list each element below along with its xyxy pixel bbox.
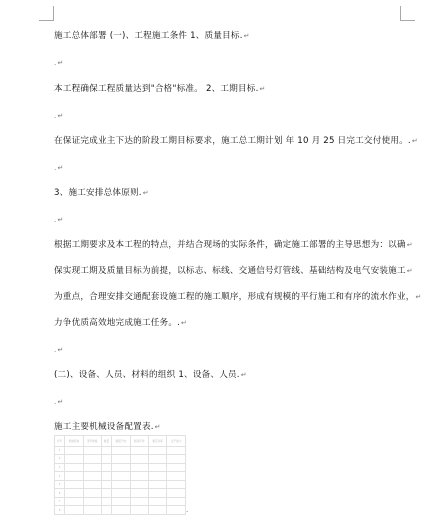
table-header-cell: 生产能力 <box>167 436 186 447</box>
paragraph-text: 力争优质高效地完成施工任务。. <box>54 318 180 328</box>
table-row: 6 <box>55 489 186 498</box>
table-cell <box>112 506 130 515</box>
table-cell <box>167 446 186 455</box>
paragraph-mark: ↵ <box>407 241 413 249</box>
table-cell <box>148 463 166 472</box>
table-cell <box>148 506 166 515</box>
table-cell <box>65 463 83 472</box>
paragraph-mark: ↵ <box>407 267 413 275</box>
table-cell <box>130 446 148 455</box>
paragraph-mark: ↵ <box>57 112 63 120</box>
table-header-cell: 机械名称 <box>65 436 83 447</box>
table-cell <box>130 455 148 464</box>
table-cell <box>112 455 130 464</box>
empty-paragraph: .↵ <box>54 397 64 408</box>
table-row: 7 <box>55 497 186 506</box>
table-cell <box>101 480 111 489</box>
paragraph-mark: ↵ <box>57 164 63 172</box>
table-cell <box>130 497 148 506</box>
paragraph-mark: ↵ <box>260 85 266 93</box>
page-corner-mark-top-left <box>39 6 54 21</box>
table-header-cell: 国别产地 <box>112 436 130 447</box>
table-cell <box>83 489 101 498</box>
table-header-cell: 额定功率 <box>148 436 166 447</box>
paragraph-text: 保实现工期及质量目标为前提，以标志、标线、交通信号灯管线、基础结构及电气安装施工 <box>54 266 406 276</box>
table-cell <box>83 480 101 489</box>
table-cell: 6 <box>55 489 65 498</box>
table-cell <box>167 497 186 506</box>
table-cell <box>101 489 111 498</box>
table-cell <box>83 506 101 515</box>
table-row: 4 <box>55 472 186 481</box>
table-cell <box>167 489 186 498</box>
table-row: 2 <box>55 455 186 464</box>
table-cell <box>65 497 83 506</box>
table-row: 5 <box>55 480 186 489</box>
equipment-table: 序号机械名称型号规格数量国别产地制造年份额定功率生产能力12345678 <box>54 435 186 515</box>
table-cell: 3 <box>55 463 65 472</box>
table-cell <box>65 480 83 489</box>
table-cell: 4 <box>55 472 65 481</box>
empty-paragraph: .↵ <box>54 345 64 356</box>
table-cell <box>148 489 166 498</box>
table-cell: 5 <box>55 480 65 489</box>
table-header-cell: 数量 <box>101 436 111 447</box>
table-cell <box>65 446 83 455</box>
page-corner-mark-top-right <box>400 6 415 21</box>
paragraph-text: 在保证完成业主下达的阶段工期目标要求，施工总工期计划 年 10 月 25 日完工… <box>54 136 411 146</box>
paragraph: 施工主要机械设备配置表.↵ <box>54 422 161 433</box>
table-header-cell: 型号规格 <box>83 436 101 447</box>
table-cell <box>148 497 166 506</box>
paragraph: 3、施工安排总体原则.↵ <box>54 188 149 199</box>
table-cell <box>65 489 83 498</box>
table-cell <box>101 446 111 455</box>
paragraph-mark: ↵ <box>57 59 63 67</box>
table-cell <box>112 463 130 472</box>
table-cell <box>167 463 186 472</box>
paragraph: 本工程确保工程质量达到"合格"标准。 2、工期目标.↵ <box>54 84 266 95</box>
table-cell <box>83 455 101 464</box>
table-cell <box>112 480 130 489</box>
paragraph: 保实现工期及质量目标为前提，以标志、标线、交通信号灯管线、基础结构及电气安装施工… <box>54 266 413 277</box>
paragraph: 在保证完成业主下达的阶段工期目标要求，施工总工期计划 年 10 月 25 日完工… <box>54 136 418 147</box>
table-cell <box>130 506 148 515</box>
table-cell <box>148 480 166 489</box>
table-cell: 8 <box>55 506 65 515</box>
table-cell <box>112 472 130 481</box>
table-cell <box>130 463 148 472</box>
paragraph-mark: ↵ <box>181 319 187 327</box>
paragraph-text: 为重点，合理安排交通配套设施工程的施工顺序，形成有规模的平行施工和有序的流水作业… <box>54 292 415 302</box>
table-cell <box>148 446 166 455</box>
paragraph-text: 本工程确保工程质量达到"合格"标准。 2、工期目标. <box>54 84 259 94</box>
paragraph: 根据工期要求及本工程的特点，并结合现场的实际条件，确定施工部署的主导思想为：以确… <box>54 240 413 251</box>
table-cell <box>101 472 111 481</box>
paragraph-text: 根据工期要求及本工程的特点，并结合现场的实际条件，确定施工部署的主导思想为：以确 <box>54 240 406 250</box>
table-cell: 7 <box>55 497 65 506</box>
table-cell <box>83 497 101 506</box>
table-cell <box>83 446 101 455</box>
table-cell: 2 <box>55 455 65 464</box>
table-cell <box>83 472 101 481</box>
paragraph-mark: ↵ <box>155 423 161 431</box>
table-cell <box>101 506 111 515</box>
empty-paragraph: .↵ <box>54 58 64 69</box>
paragraph: 力争优质高效地完成施工任务。.↵ <box>54 318 187 329</box>
table-cell <box>167 506 186 515</box>
paragraph-mark: ↵ <box>57 346 63 354</box>
paragraph-mark: ↵ <box>416 293 422 301</box>
table-header-cell: 制造年份 <box>130 436 148 447</box>
paragraph-text: 施工总体部署 (一)、工程施工条件 1、质量目标. <box>54 31 243 41</box>
table-cell <box>83 463 101 472</box>
paragraph-mark: ↵ <box>412 137 418 145</box>
paragraph-mark: ↵ <box>241 371 247 379</box>
paragraph-text: 3、施工安排总体原则. <box>54 188 142 198</box>
equipment-table-image[interactable]: 序号机械名称型号规格数量国别产地制造年份额定功率生产能力12345678 <box>54 435 186 515</box>
paragraph-text: (二)、设备、人员、材料的组织 1、设备、人员. <box>54 370 240 380</box>
table-cell <box>148 472 166 481</box>
paragraph-mark: . <box>186 506 188 514</box>
paragraph: 施工总体部署 (一)、工程施工条件 1、质量目标.↵ <box>54 31 250 42</box>
paragraph: (二)、设备、人员、材料的组织 1、设备、人员.↵ <box>54 370 247 381</box>
table-cell <box>65 506 83 515</box>
paragraph-mark: ↵ <box>57 398 63 406</box>
table-cell <box>65 472 83 481</box>
table-cell <box>130 489 148 498</box>
paragraph: 为重点，合理安排交通配套设施工程的施工顺序，形成有规模的平行施工和有序的流水作业… <box>54 292 422 303</box>
table-header-row: 序号机械名称型号规格数量国别产地制造年份额定功率生产能力 <box>55 436 186 447</box>
table-cell <box>112 497 130 506</box>
paragraph-text: 施工主要机械设备配置表. <box>54 422 154 432</box>
table-cell <box>112 489 130 498</box>
paragraph-mark: ↵ <box>57 216 63 224</box>
table-header-cell: 序号 <box>55 436 65 447</box>
table-cell <box>130 480 148 489</box>
empty-paragraph: .↵ <box>54 163 64 174</box>
table-cell <box>148 455 166 464</box>
table-row: 8 <box>55 506 186 515</box>
paragraph-mark: ↵ <box>143 189 149 197</box>
table-cell <box>167 455 186 464</box>
table-cell <box>130 472 148 481</box>
table-cell <box>101 463 111 472</box>
table-cell <box>101 497 111 506</box>
table-cell: 1 <box>55 446 65 455</box>
table-cell <box>167 472 186 481</box>
table-cell <box>112 446 130 455</box>
table-cell <box>167 480 186 489</box>
empty-paragraph: .↵ <box>54 215 64 226</box>
table-cell <box>101 455 111 464</box>
empty-paragraph: .↵ <box>54 111 64 122</box>
table-row: 3 <box>55 463 186 472</box>
table-cell <box>65 455 83 464</box>
paragraph-mark: ↵ <box>244 32 250 40</box>
table-row: 1 <box>55 446 186 455</box>
